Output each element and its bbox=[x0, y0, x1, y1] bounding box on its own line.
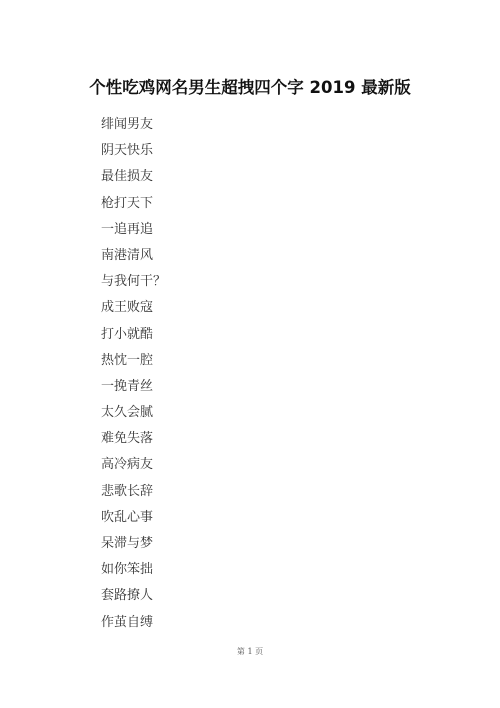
list-item: 阴天快乐 bbox=[101, 138, 166, 164]
document-title: 个性吃鸡网名男生超拽四个字 2019 最新版 bbox=[0, 74, 500, 98]
list-item: 一追再追 bbox=[101, 217, 166, 243]
list-item: 成王败寇 bbox=[101, 295, 166, 321]
list-item: 高冷病友 bbox=[101, 452, 166, 478]
list-item: 悲歌长辞 bbox=[101, 479, 166, 505]
list-item: 热忱一腔 bbox=[101, 348, 166, 374]
name-list: 绯闻男友 阴天快乐 最佳损友 枪打天下 一追再追 南港清风 与我何干？ 成王败寇… bbox=[101, 112, 166, 636]
list-item: 一挽青丝 bbox=[101, 374, 166, 400]
list-item: 太久会腻 bbox=[101, 400, 166, 426]
list-item: 枪打天下 bbox=[101, 191, 166, 217]
list-item: 难免失落 bbox=[101, 426, 166, 452]
list-item: 呆滞与梦 bbox=[101, 531, 166, 557]
document-page: 个性吃鸡网名男生超拽四个字 2019 最新版 绯闻男友 阴天快乐 最佳损友 枪打… bbox=[0, 0, 500, 708]
list-item: 套路撩人 bbox=[101, 583, 166, 609]
list-item: 南港清风 bbox=[101, 243, 166, 269]
list-item: 最佳损友 bbox=[101, 164, 166, 190]
list-item: 作茧自缚 bbox=[101, 610, 166, 636]
page-number: 第 1 页 bbox=[0, 646, 500, 657]
list-item: 与我何干？ bbox=[101, 269, 166, 295]
list-item: 绯闻男友 bbox=[101, 112, 166, 138]
list-item: 吹乱心事 bbox=[101, 505, 166, 531]
list-item: 打小就酷 bbox=[101, 322, 166, 348]
list-item: 如你笨拙 bbox=[101, 557, 166, 583]
